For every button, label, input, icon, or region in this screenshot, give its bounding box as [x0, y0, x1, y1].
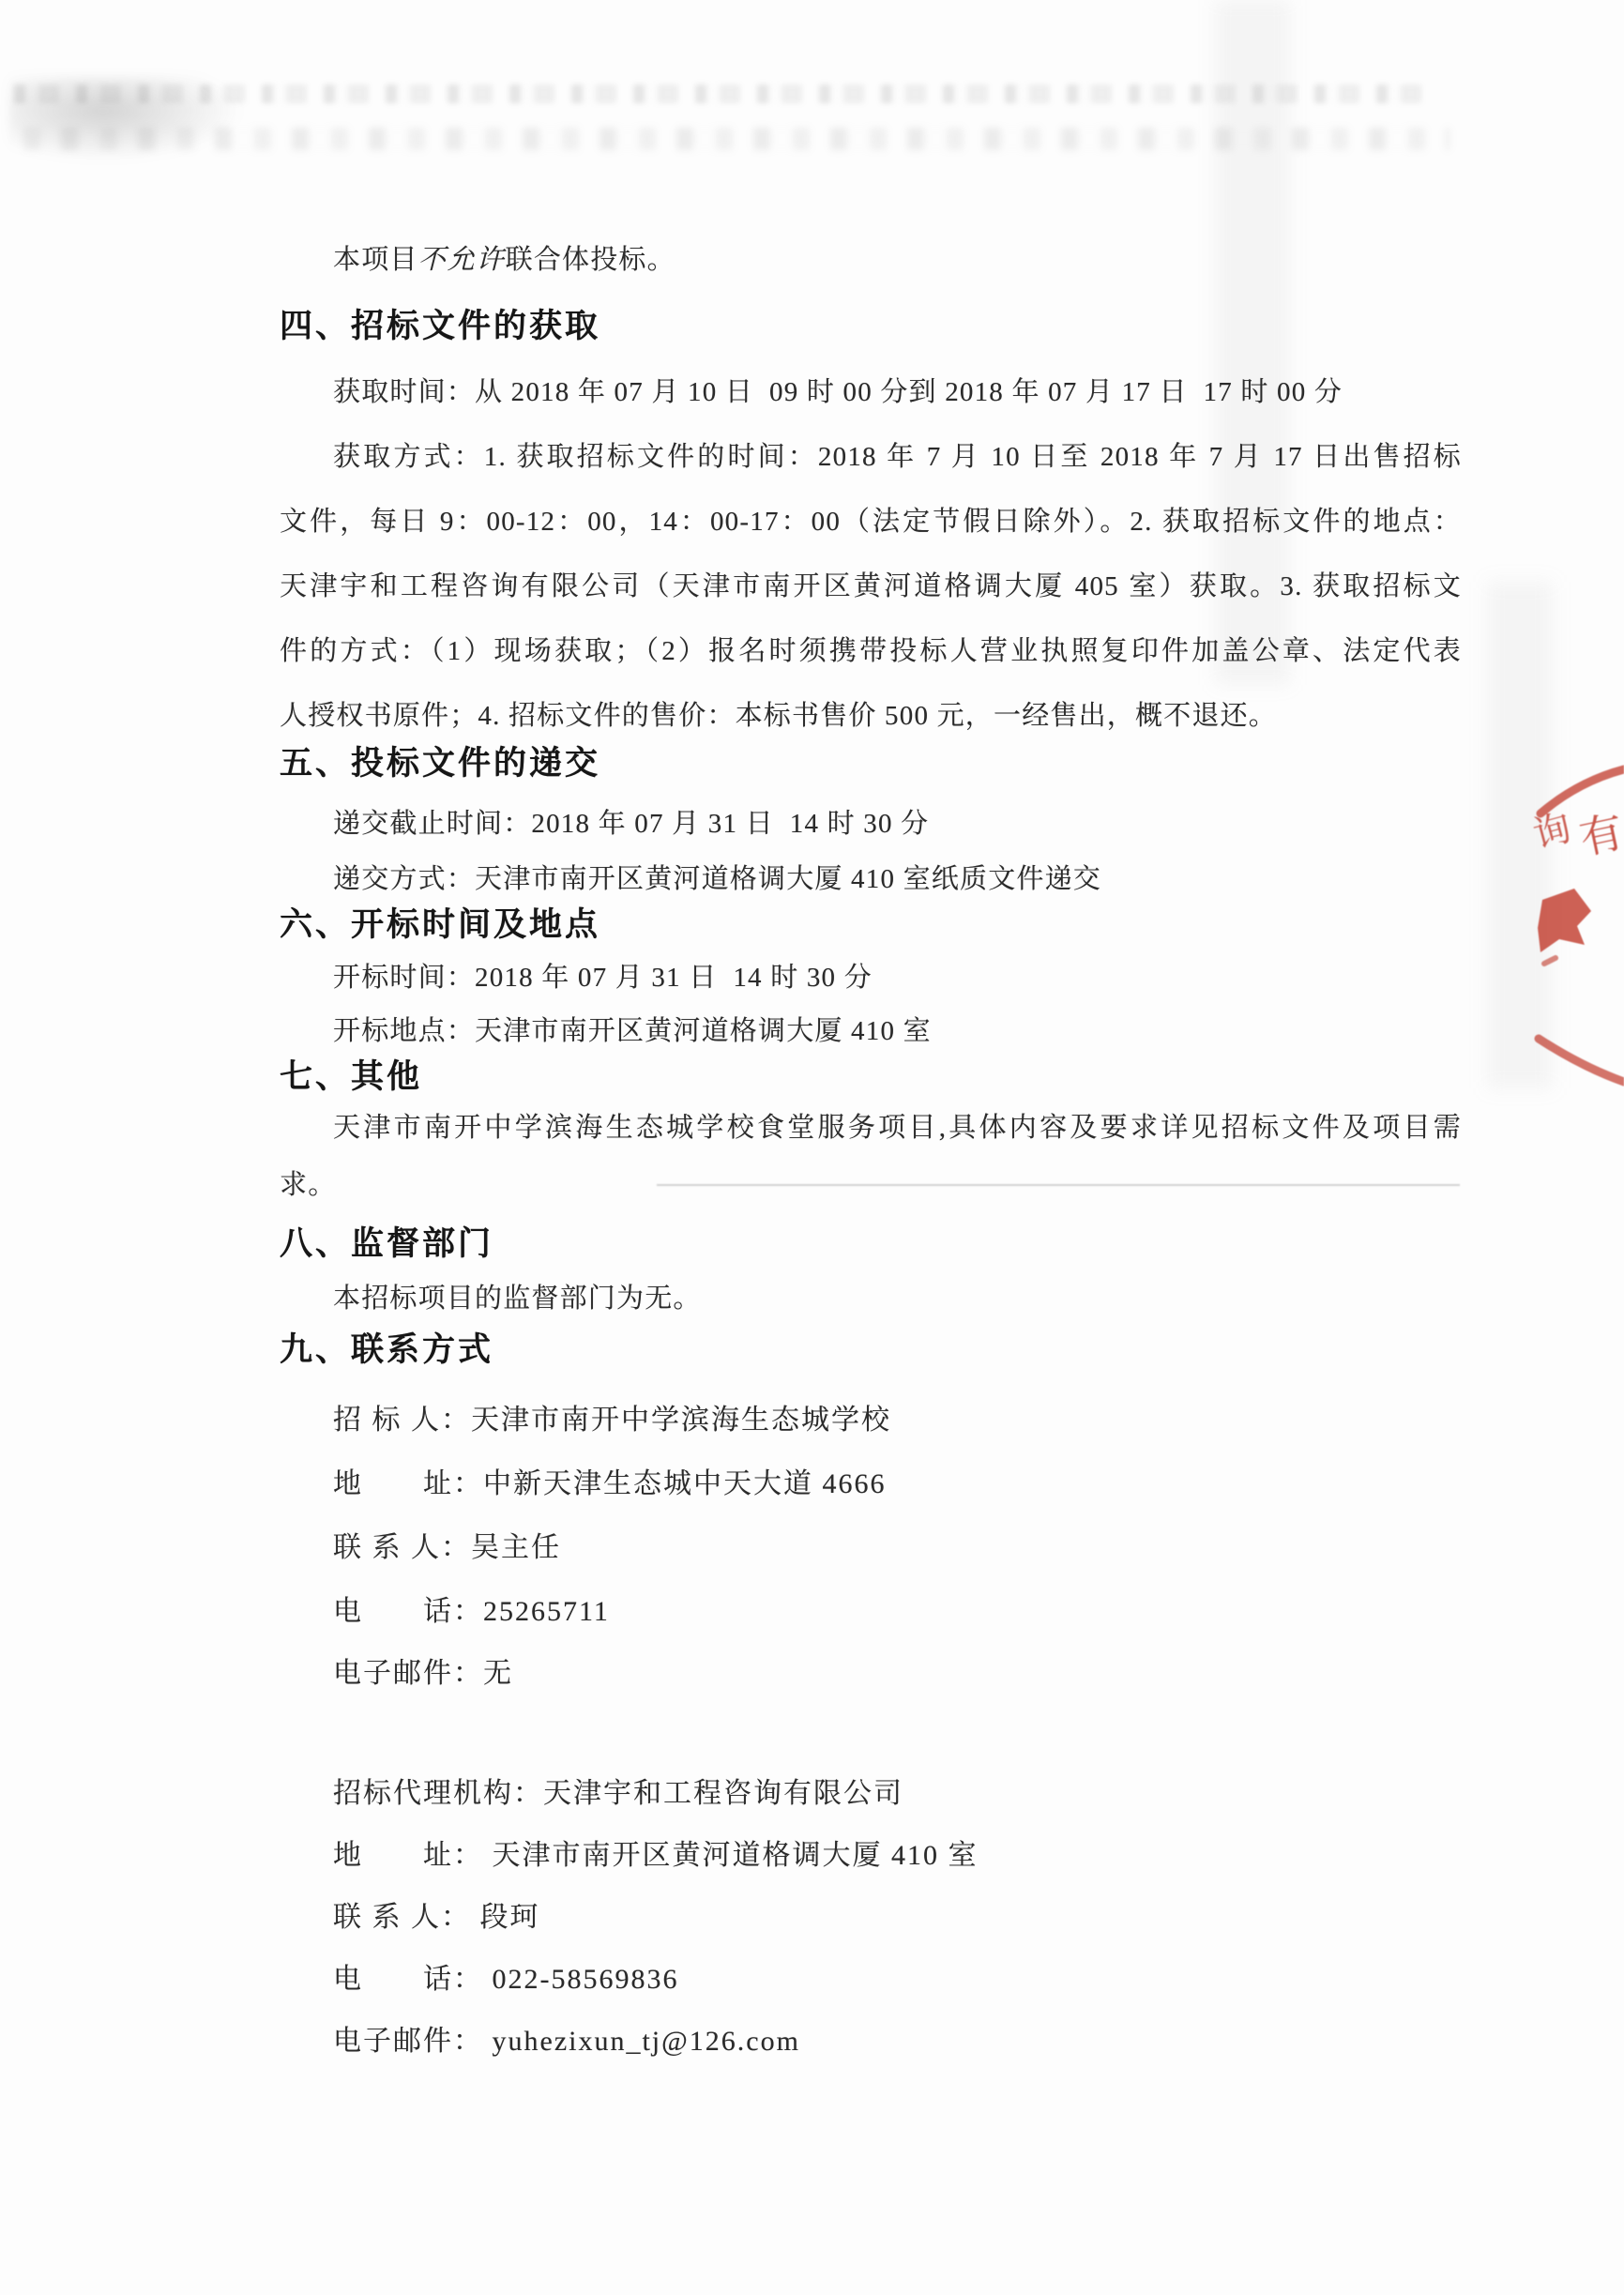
section-5-heading: 五、投标文件的递交: [280, 746, 1462, 782]
stamp-speck: [1544, 958, 1556, 964]
agency-address-row: 地 址： 天津市南开区黄河道格调大厦 410 室: [280, 1841, 1462, 1871]
section-4-line-2: 获取方式：1. 获取招标文件的时间：2018 年 7 月 10 日至 2018 …: [280, 443, 1462, 472]
agency-contact-person-row: 联 系 人： 段珂: [280, 1903, 1462, 1933]
section-4-line-5: 件的方式：（1）现场获取；（2）报名时须携带投标人营业执照复印件加盖公章、法定代…: [280, 637, 1462, 666]
tenderer-phone-row: 电 话：25265711: [280, 1597, 1462, 1627]
section-4-line-6: 人授权书原件；4. 招标文件的售价：本标书售价 500 元，一经售出，概不退还。: [280, 702, 1462, 731]
intro-suffix: 联合体投标。: [506, 245, 675, 275]
section-6-line-1: 开标时间：2018 年 07 月 31 日 14 时 30 分: [280, 964, 1462, 993]
agency-email-row: 电子邮件： yuhezixun_tj@126.com: [280, 2027, 1462, 2057]
scan-artifact-right-band: [1487, 582, 1553, 1088]
intro-prefix: 本项目: [333, 245, 418, 275]
red-seal-stamp: 询 有: [1484, 727, 1624, 1102]
tenderer-address-row: 地 址：中新天津生态城中天大道 4666: [280, 1469, 1462, 1499]
section-9-heading: 九、联系方式: [280, 1332, 1462, 1368]
section-7-line-2: 求。: [280, 1171, 1462, 1200]
agency-name-row: 招标代理机构：天津宇和工程咨询有限公司: [280, 1779, 1462, 1809]
stamp-arc-top: [1541, 769, 1624, 813]
section-4-line-4: 天津宇和工程咨询有限公司（天津市南开区黄河道格调大厦 405 室）获取。3. 获…: [280, 572, 1462, 601]
intro-emphasis: 不允许: [418, 245, 506, 275]
section-5-line-2: 递交方式：天津市南开区黄河道格调大厦 410 室纸质文件递交: [280, 865, 1462, 894]
section-8-heading: 八、监督部门: [280, 1226, 1462, 1262]
scan-artifact-left-smudge: [9, 77, 244, 161]
document-body: 本项目不允许联合体投标。 四、招标文件的获取 获取时间：从 2018 年 07 …: [280, 0, 1462, 2057]
stamp-char-xun: 询: [1528, 806, 1575, 857]
section-4-heading: 四、招标文件的获取: [280, 309, 1462, 344]
section-4-line-1: 获取时间：从 2018 年 07 月 10 日 09 时 00 分到 2018 …: [280, 378, 1462, 407]
section-6-line-2: 开标地点：天津市南开区黄河道格调大厦 410 室: [280, 1017, 1462, 1046]
tenderer-contact-person-row: 联 系 人：吴主任: [280, 1533, 1462, 1563]
section-8-line-1: 本招标项目的监督部门为无。: [280, 1284, 1462, 1314]
agency-phone-row: 电 话： 022-58569836: [280, 1965, 1462, 1995]
stamp-arc-bottom: [1539, 1039, 1624, 1082]
section-6-heading: 六、开标时间及地点: [280, 907, 1462, 943]
intro-line: 本项目不允许联合体投标。: [280, 246, 1462, 275]
section-5-line-1: 递交截止时间：2018 年 07 月 31 日 14 时 30 分: [280, 810, 1462, 839]
section-7-line-1: 天津市南开中学滨海生态城学校食堂服务项目,具体内容及要求详见招标文件及项目需: [280, 1114, 1462, 1143]
section-4-line-3: 文件，每日 9：00-12：00，14：00-17：00（法定节假日除外）。2.…: [280, 508, 1462, 537]
tenderer-email-row: 电子邮件：无: [280, 1659, 1462, 1689]
stamp-blob: [1538, 889, 1591, 952]
tenderer-name-row: 招 标 人：天津市南开中学滨海生态城学校: [280, 1406, 1462, 1436]
stamp-char-you: 有: [1575, 808, 1624, 863]
scanned-tender-notice-page: 本项目不允许联合体投标。 四、招标文件的获取 获取时间：从 2018 年 07 …: [0, 0, 1624, 2295]
section-7-heading: 七、其他: [280, 1059, 1462, 1095]
